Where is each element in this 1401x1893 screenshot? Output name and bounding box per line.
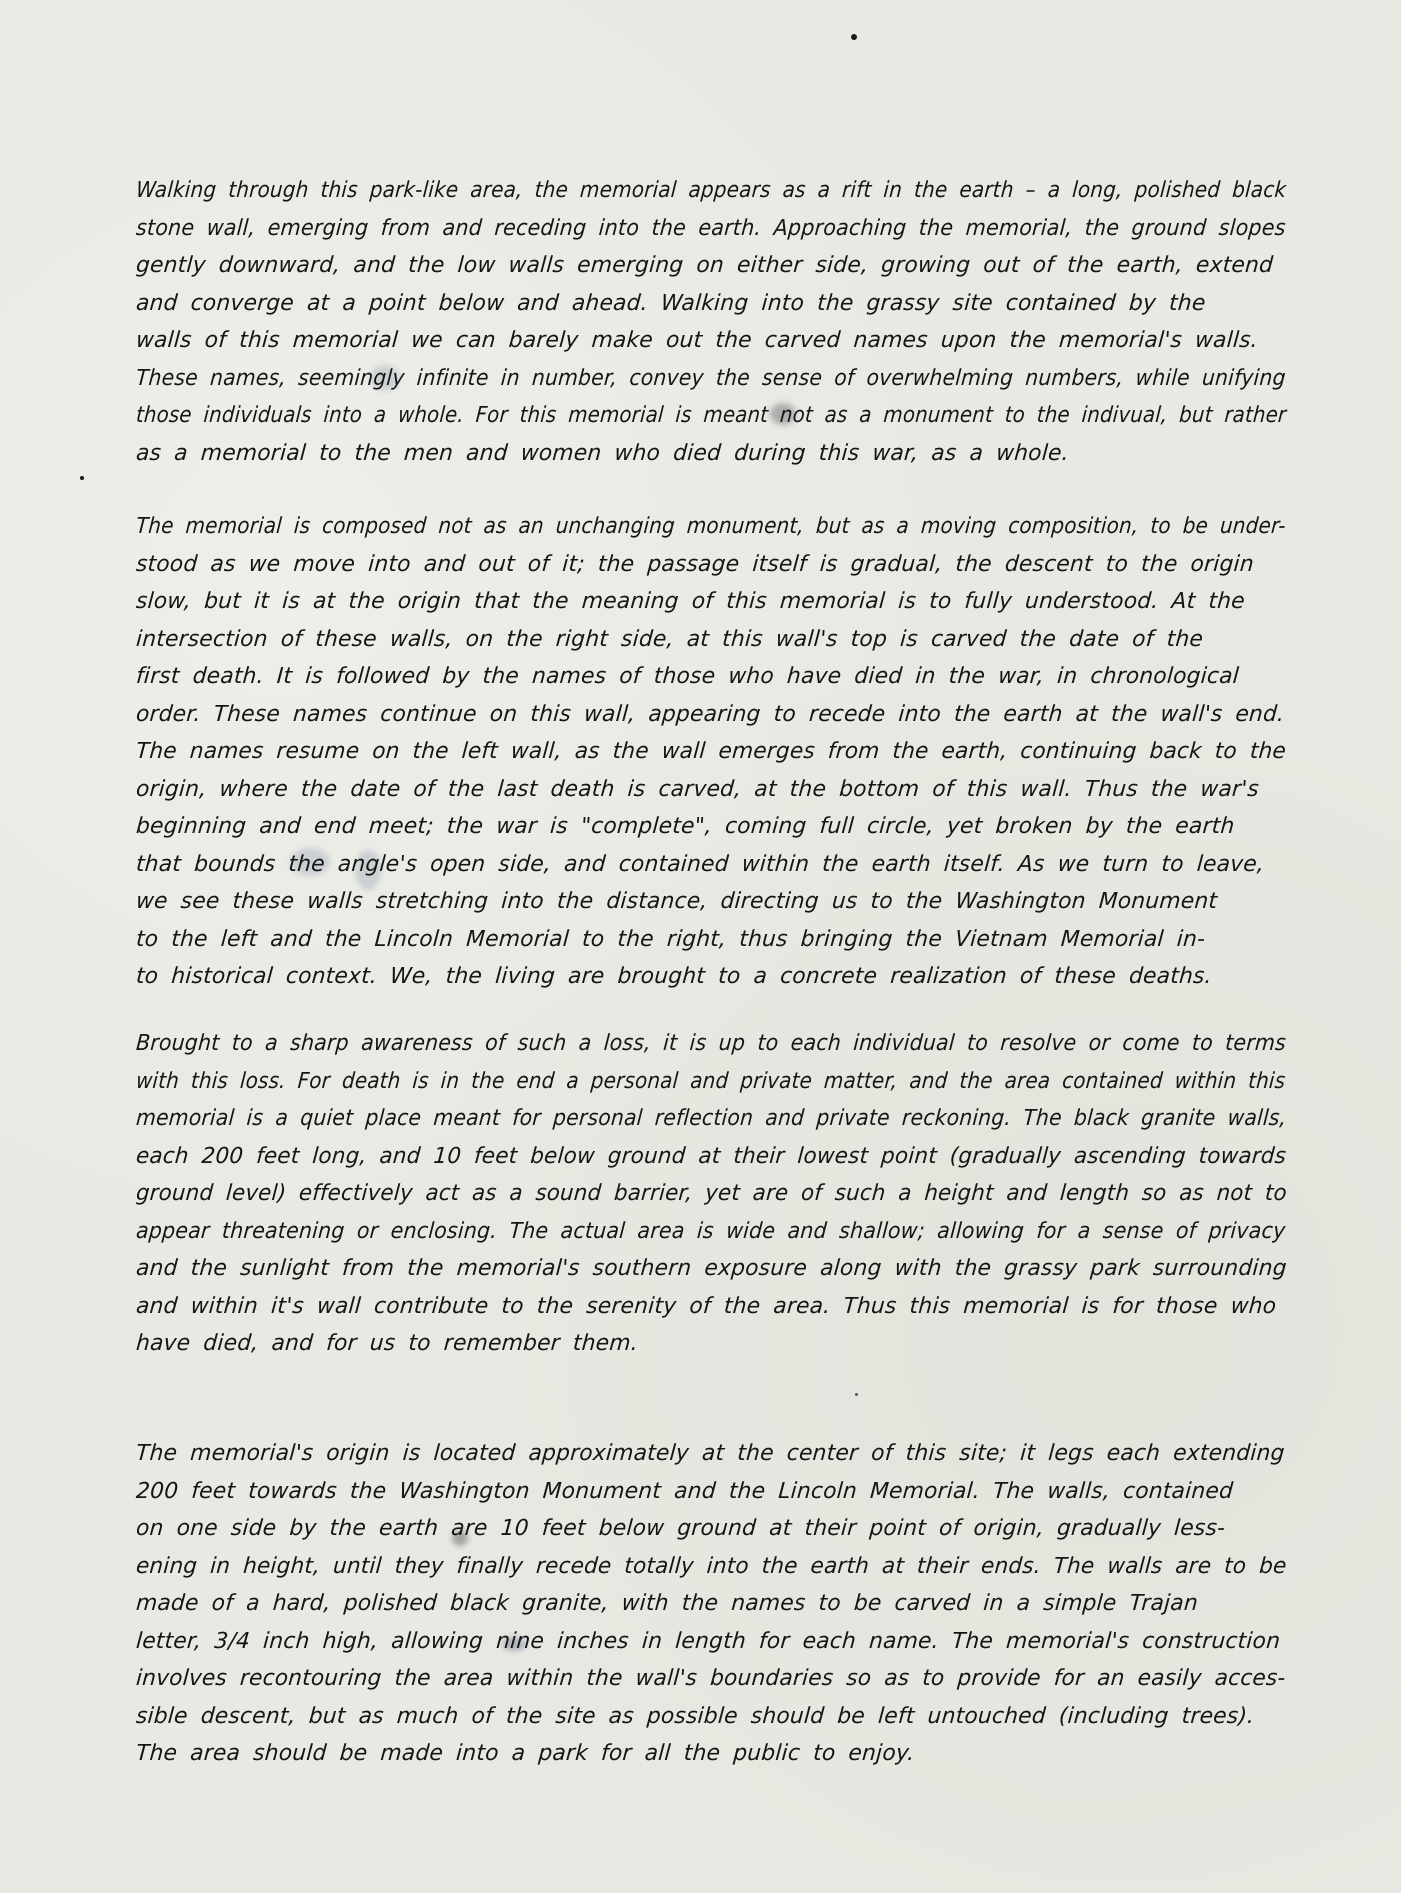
text-line: stood as we move into and out of it; the… xyxy=(135,546,1287,584)
text-line: involves recontouring the area within th… xyxy=(135,1660,1281,1698)
text-line: These names, seemingly infinite in numbe… xyxy=(135,360,1211,398)
text-line: have died, and for us to remember them. xyxy=(135,1325,1287,1363)
text-line: origin, where the date of the last death… xyxy=(135,771,1287,809)
text-line: The memorial's origin is located approxi… xyxy=(135,1435,1287,1473)
text-line: The area should be made into a park for … xyxy=(135,1735,1287,1773)
text-line: on one side by the earth are 10 feet bel… xyxy=(135,1510,1287,1548)
text-line: those individuals into a whole. For this… xyxy=(135,397,1179,435)
text-line: that bounds the angle's open side, and c… xyxy=(135,846,1287,884)
text-line: gently downward, and the low walls emerg… xyxy=(135,247,1287,285)
text-line: ening in height, until they finally rece… xyxy=(135,1548,1274,1586)
ink-dot-mid xyxy=(855,1393,858,1396)
text-line: appear threatening or enclosing. The act… xyxy=(135,1213,1223,1251)
ink-dot-left-margin xyxy=(80,476,84,480)
text-line: to the left and the Lincoln Memorial to … xyxy=(135,921,1287,959)
paragraph-4: The memorial's origin is located approxi… xyxy=(136,1435,1296,1773)
paragraph-1: Walking through this park-like area, the… xyxy=(136,172,1296,472)
text-line: The memorial is composed not as an uncha… xyxy=(135,508,1190,546)
text-line: letter, 3/4 inch high, allowing nine inc… xyxy=(135,1623,1287,1661)
text-line: and within it's wall contribute to the s… xyxy=(135,1288,1287,1326)
paragraph-3: Brought to a sharp awareness of such a l… xyxy=(136,1025,1296,1363)
text-line: and the sunlight from the memorial's sou… xyxy=(135,1250,1287,1288)
text-line: first death. It is followed by the names… xyxy=(135,658,1287,696)
ink-dot-top xyxy=(851,34,857,40)
text-line: memorial is a quiet place meant for pers… xyxy=(135,1100,1212,1138)
paragraph-2: The memorial is composed not as an uncha… xyxy=(136,508,1296,996)
text-line: order. These names continue on this wall… xyxy=(135,696,1287,734)
text-line: 200 feet towards the Washington Monument… xyxy=(135,1473,1287,1511)
text-line: ground level) effectively act as a sound… xyxy=(135,1175,1263,1213)
text-line: sible descent, but as much of the site a… xyxy=(135,1698,1287,1736)
text-line: Walking through this park-like area, the… xyxy=(135,172,1192,210)
text-line: slow, but it is at the origin that the m… xyxy=(135,583,1287,621)
text-line: The names resume on the left wall, as th… xyxy=(135,733,1279,771)
text-line: each 200 feet long, and 10 feet below gr… xyxy=(135,1138,1272,1176)
text-line: Brought to a sharp awareness of such a l… xyxy=(135,1025,1220,1063)
text-line: stone wall, emerging from and receding i… xyxy=(135,210,1228,248)
text-line: and converge at a point below and ahead.… xyxy=(135,285,1287,323)
text-line: we see these walls stretching into the d… xyxy=(135,883,1287,921)
text-line: beginning and end meet; the war is "comp… xyxy=(135,808,1287,846)
text-line: as a memorial to the men and women who d… xyxy=(135,435,1287,473)
text-line: walls of this memorial we can barely mak… xyxy=(135,322,1287,360)
text-line: made of a hard, polished black granite, … xyxy=(135,1585,1287,1623)
text-line: to historical context. We, the living ar… xyxy=(135,958,1287,996)
text-line: with this loss. For death is in the end … xyxy=(135,1063,1189,1101)
text-line: intersection of these walls, on the righ… xyxy=(135,621,1287,659)
handwritten-page: Walking through this park-like area, the… xyxy=(0,0,1401,1893)
